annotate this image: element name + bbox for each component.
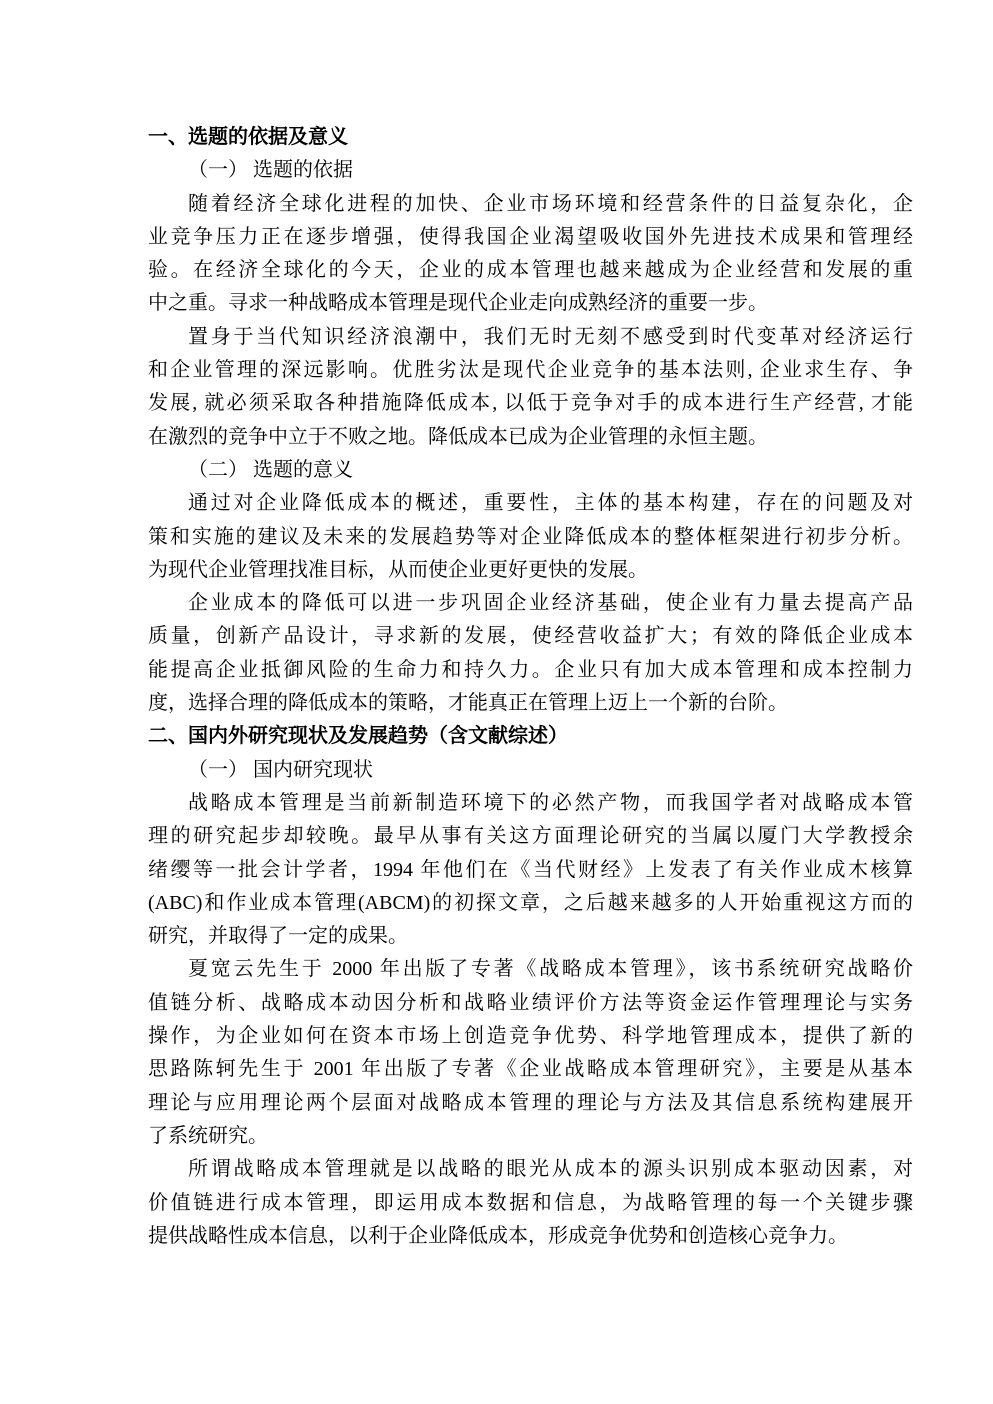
- text-line: 能提高企业抵御风险的生命力和持久力。企业只有加大成本管理和成本控制力: [148, 654, 913, 687]
- paragraph: 所谓战略成本管理就是以战略的眼光从成本的源头识别成本驱动因素，对价值链进行成本管…: [148, 1153, 913, 1253]
- text-line: 值链分析、战略成本动因分析和战略业绩评价方法等资金运作管理理论与实务: [148, 987, 913, 1020]
- text-line: 随着经济全球化进程的加快、企业市场环境和经营条件的日益复杂化，企: [148, 188, 913, 221]
- text-line: 和企业管理的深远影响。优胜劣汰是现代企业竞争的基本法则, 企业求生存、争: [148, 354, 913, 387]
- text-line: 提供战略性成本信息，以利于企业降低成本，形成竞争优势和创造核心竞争力。: [148, 1220, 913, 1253]
- document-body: 一、选题的依据及意义（一） 选题的依据随着经济全球化进程的加快、企业市场环境和经…: [148, 121, 913, 1253]
- text-line: 策和实施的建议及未来的发展趋势等对企业降低成本的整体框架进行初步分析。: [148, 521, 913, 554]
- paragraph: 置身于当代知识经济浪潮中，我们无时无刻不感受到时代变革对经济运行和企业管理的深远…: [148, 321, 913, 454]
- section-heading: 一、选题的依据及意义: [148, 121, 913, 154]
- paragraph: 战略成本管理是当前新制造环境下的必然产物，而我国学者对战略成本管理的研究起步却较…: [148, 787, 913, 953]
- text-line: 夏宽云先生于 2000 年出版了专著《战略成本管理》，该书系统研究战略价: [148, 953, 913, 986]
- text-line: 思路陈轲先生于 2001 年出版了专著《企业战略成本管理研究》，主要是从基本: [148, 1053, 913, 1086]
- text-line: 研究，并取得了一定的成果。: [148, 920, 913, 953]
- sub-heading: （一） 选题的依据: [148, 154, 913, 187]
- text-line: 理论与应用理论两个层面对战略成本管理的理论与方法及其信息系统构建展开: [148, 1087, 913, 1120]
- text-line: 验。在经济全球化的今天，企业的成本管理也越来越成为企业经营和发展的重: [148, 254, 913, 287]
- paragraph: 随着经济全球化进程的加快、企业市场环境和经营条件的日益复杂化，企业竞争压力正在逐…: [148, 188, 913, 321]
- text-line: 操作，为企业如何在资本市场上创造竞争优势、科学地管理成本，提供了新的: [148, 1020, 913, 1053]
- text-line: 通过对企业降低成本的概述，重要性，主体的基本构建，存在的问题及对: [148, 487, 913, 520]
- text-line: 中之重。寻求一种战略成本管理是现代企业走向成熟经济的重要一步。: [148, 287, 913, 320]
- text-line: 业竞争压力正在逐步增强，使得我国企业渴望吸收国外先进技术成果和管理经: [148, 221, 913, 254]
- text-line: 在激烈的竞争中立于不败之地。降低成本已成为企业管理的永恒主题。: [148, 421, 913, 454]
- section-heading: 二、国内外研究现状及发展趋势（含文献综述）: [148, 720, 913, 753]
- text-line: (ABC)和作业成本管理(ABCM)的初探文章，之后越来越多的人开始重视这方而的: [148, 887, 913, 920]
- text-line: 价值链进行成本管理，即运用成本数据和信息，为战略管理的每一个关键步骤: [148, 1187, 913, 1220]
- text-line: 质量，创新产品设计，寻求新的发展，使经营收益扩大；有效的降低企业成本: [148, 620, 913, 653]
- paragraph: 通过对企业降低成本的概述，重要性，主体的基本构建，存在的问题及对策和实施的建议及…: [148, 487, 913, 587]
- document-page: 一、选题的依据及意义（一） 选题的依据随着经济全球化进程的加快、企业市场环境和经…: [0, 0, 993, 1404]
- paragraph: 夏宽云先生于 2000 年出版了专著《战略成本管理》，该书系统研究战略价值链分析…: [148, 953, 913, 1153]
- text-line: 企业成本的降低可以进一步巩固企业经济基础，使企业有力量去提高产品: [148, 587, 913, 620]
- text-line: 理的研究起步却较晚。最早从事有关这方面理论研究的当属以厦门大学教授余: [148, 820, 913, 853]
- paragraph: 企业成本的降低可以进一步巩固企业经济基础，使企业有力量去提高产品质量，创新产品设…: [148, 587, 913, 720]
- text-line: 为现代企业管理找准目标，从而使企业更好更快的发展。: [148, 554, 913, 587]
- text-line: 了系统研究。: [148, 1120, 913, 1153]
- text-line: 发展, 就必须采取各种措施降低成本, 以低于竞争对手的成本进行生产经营, 才能: [148, 387, 913, 420]
- text-line: 度，选择合理的降低成本的策略，才能真正在管理上迈上一个新的台阶。: [148, 687, 913, 720]
- sub-heading: （二） 选题的意义: [148, 454, 913, 487]
- text-line: 绪缨等一批会计学者，1994 年他们在《当代财经》上发表了有关作业成木核算: [148, 854, 913, 887]
- text-line: 战略成本管理是当前新制造环境下的必然产物，而我国学者对战略成本管: [148, 787, 913, 820]
- sub-heading: （一） 国内研究现状: [148, 754, 913, 787]
- text-line: 所谓战略成本管理就是以战略的眼光从成本的源头识别成本驱动因素，对: [148, 1153, 913, 1186]
- text-line: 置身于当代知识经济浪潮中，我们无时无刻不感受到时代变革对经济运行: [148, 321, 913, 354]
